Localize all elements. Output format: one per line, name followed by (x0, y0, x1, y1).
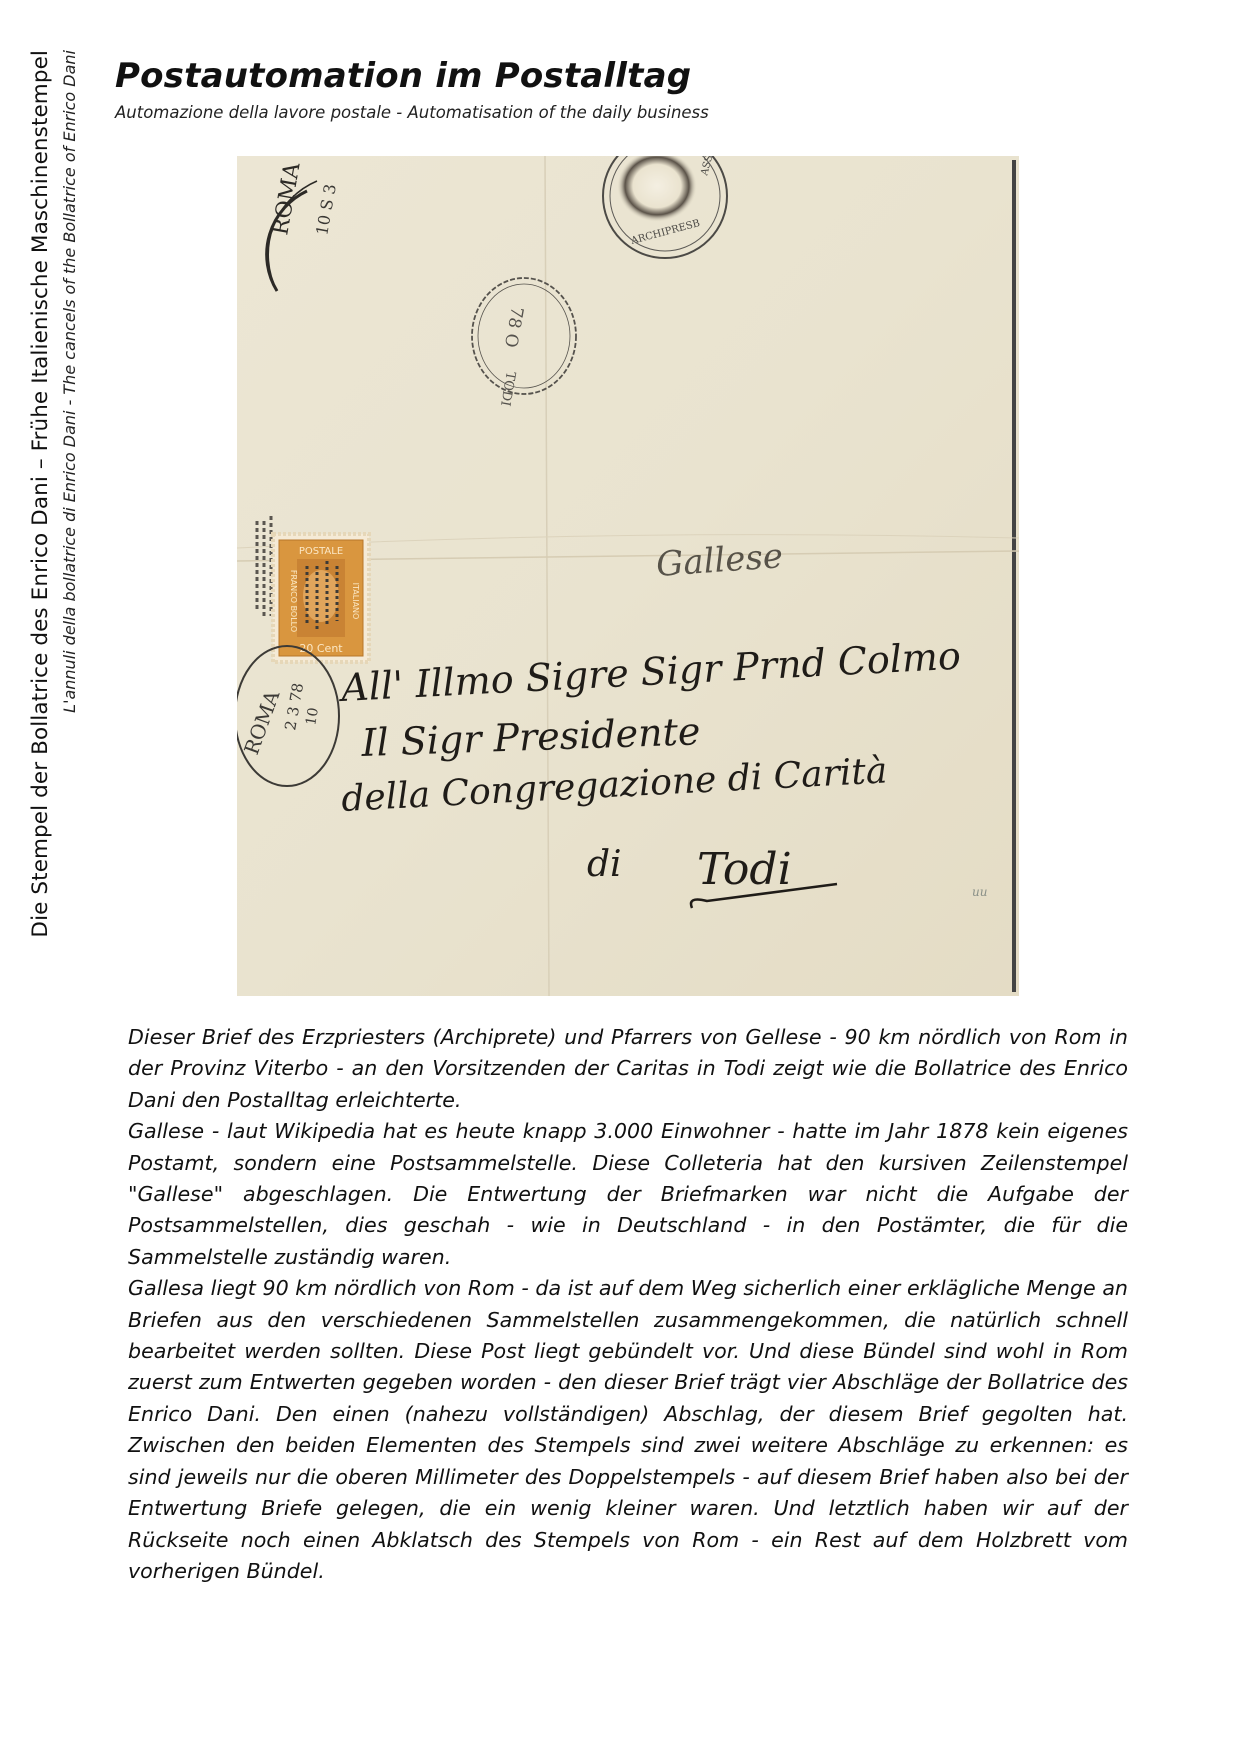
page-title: Postautomation im Postalltag (115, 56, 691, 96)
series-title: Die Stempel der Bollatrice des Enrico Da… (28, 50, 53, 990)
series-subtitle: L'annuli della bollatrice di Enrico Dani… (60, 50, 79, 990)
paragraph-1: Dieser Brief des Erzpriesters (Archipret… (128, 1022, 1128, 1116)
svg-text:Todi: Todi (697, 844, 792, 895)
paragraph-2: Gallese - laut Wikipedia hat es heute kn… (128, 1116, 1128, 1273)
svg-text:FRANCO BOLLO: FRANCO BOLLO (289, 570, 298, 632)
paragraph-3: Gallesa liegt 90 km nördlich von Rom - d… (128, 1273, 1128, 1587)
svg-text:uu: uu (972, 885, 987, 899)
body-text: Dieser Brief des Erzpriesters (Archipret… (128, 1022, 1128, 1587)
side-title-block: Die Stempel der Bollatrice des Enrico Da… (0, 0, 100, 990)
svg-text:20 Cent: 20 Cent (299, 642, 343, 655)
svg-text:10: 10 (303, 706, 322, 726)
svg-text:POSTALE: POSTALE (299, 546, 343, 557)
svg-text:di: di (587, 844, 622, 885)
postage-stamp: POSTALE 20 Cent FRANCO BOLLO ITALIANO (273, 534, 369, 662)
letter-illustration: ROMA 10 S 3 ARCHIPRESB ASSO 78 O TODI (237, 156, 1019, 996)
letter-image: ROMA 10 S 3 ARCHIPRESB ASSO 78 O TODI (237, 156, 1019, 996)
page-subtitle: Automazione della lavore postale - Autom… (115, 103, 709, 122)
svg-text:ITALIANO: ITALIANO (351, 583, 360, 620)
